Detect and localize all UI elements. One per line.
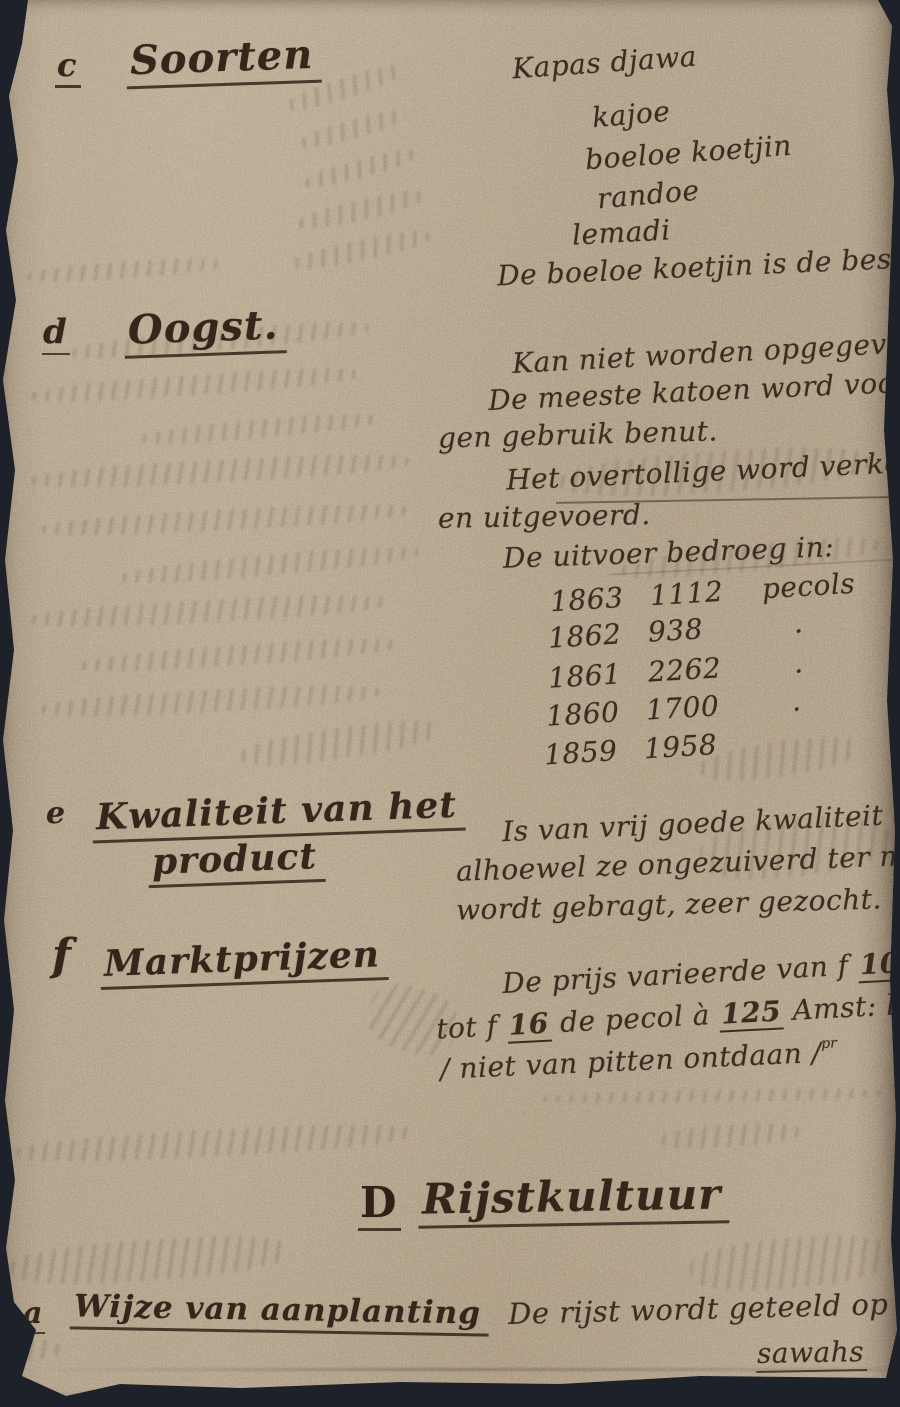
section-heading-oogst: Oogst. (123, 301, 287, 359)
variety-note: De boeloe koetjin is de beste. (496, 241, 900, 293)
section-letter-f: f (52, 930, 71, 981)
price-text: de pecol à (550, 998, 720, 1040)
bleedthrough-smudge (30, 364, 361, 407)
section-heading-soorten: Soorten (125, 31, 322, 90)
bleedthrough-smudge (40, 681, 381, 721)
export-year: 1861 (547, 656, 649, 695)
harvest-line: gen gebruik benut. (438, 414, 719, 454)
export-amount: 2262 (647, 649, 761, 689)
paper-sheet: c Soorten Kapas djawa kajoe boeloe koetj… (0, 0, 900, 1407)
variety-item: randoe (596, 174, 701, 216)
bleedthrough-smudge (120, 542, 421, 588)
bleedthrough-smudge (15, 1120, 416, 1167)
chapter-title-rijstkultuur: Rijstkultuur (418, 1169, 730, 1228)
section-letter-e: e (46, 796, 65, 831)
harvest-line: en uitgevoerd. (438, 498, 651, 535)
bleedthrough-smudge (25, 255, 226, 285)
export-year: 1863 (549, 579, 651, 618)
export-year: 1860 (545, 694, 647, 733)
rice-line-sawahs: sawahs (756, 1335, 868, 1373)
export-year: 1862 (547, 616, 649, 655)
export-amount: 1700 (645, 687, 759, 727)
export-amount: 938 (647, 609, 761, 649)
section-letter-c: c (55, 46, 81, 88)
bleedthrough-smudge (30, 450, 411, 492)
subsection-letter-a: a (22, 1296, 45, 1334)
bleedthrough-smudge (40, 500, 411, 539)
bleedthrough-smudge (540, 1087, 890, 1105)
variety-item: kajoe (591, 95, 672, 135)
price-note-superscript: pr (821, 1035, 837, 1052)
price-line-3: / niet van pitten ontdaan /pr (439, 1035, 837, 1085)
export-amount: 1112 (649, 572, 763, 612)
export-year: 1859 (543, 732, 645, 771)
bleedthrough-smudge (80, 634, 401, 676)
bleedthrough-smudge (9, 1230, 291, 1289)
bleedthrough-smudge (688, 1229, 892, 1296)
export-ditto: . (757, 684, 802, 720)
export-unit: pecols (761, 567, 856, 606)
price-text: Amst: lb (782, 988, 900, 1028)
section-heading-kwaliteit-2: product (147, 835, 326, 888)
subsection-heading-aanplanting: Wijze van aanplanting (70, 1288, 490, 1336)
price-note: / niet van pitten ontdaan / (439, 1036, 822, 1086)
section-heading-marktprijzen: Marktprijzen (99, 933, 389, 990)
export-ditto: . (759, 646, 804, 682)
bleedthrough-smudge (140, 410, 381, 449)
price-text: tot f (435, 1009, 507, 1046)
bleedthrough-smudge (239, 714, 441, 772)
price-value: 10 (857, 946, 900, 983)
variety-item: boeloe koetjin (584, 129, 793, 176)
export-ditto: . (759, 606, 804, 642)
price-value: 16 (506, 1007, 552, 1044)
section-heading-kwaliteit-1: Kwaliteit van het (91, 784, 465, 844)
variety-item: lemadi (571, 213, 671, 251)
export-amount: 1958 (643, 726, 757, 766)
bleedthrough-smudge (298, 105, 409, 153)
section-letter-d: d (42, 312, 70, 355)
chapter-letter-d: D (358, 1178, 401, 1231)
bleedthrough-smudge (30, 591, 391, 632)
bleedthrough-smudge (659, 1120, 800, 1152)
bleedthrough-smudge (0, 1338, 60, 1361)
quality-line: wordt gebragt, zeer gezocht. (456, 882, 883, 926)
variety-item: Kapas djawa (511, 40, 698, 86)
rice-line: De rijst wordt geteeld op (508, 1287, 889, 1331)
bleedthrough-smudge (295, 186, 426, 235)
harvest-line: De uitvoer bedroeg in: (503, 530, 835, 575)
weight-value: 125 (718, 994, 784, 1032)
manuscript-page: c Soorten Kapas djawa kajoe boeloe koetj… (0, 0, 900, 1407)
bleedthrough-smudge (302, 145, 418, 192)
bleedthrough-smudge (291, 226, 432, 275)
